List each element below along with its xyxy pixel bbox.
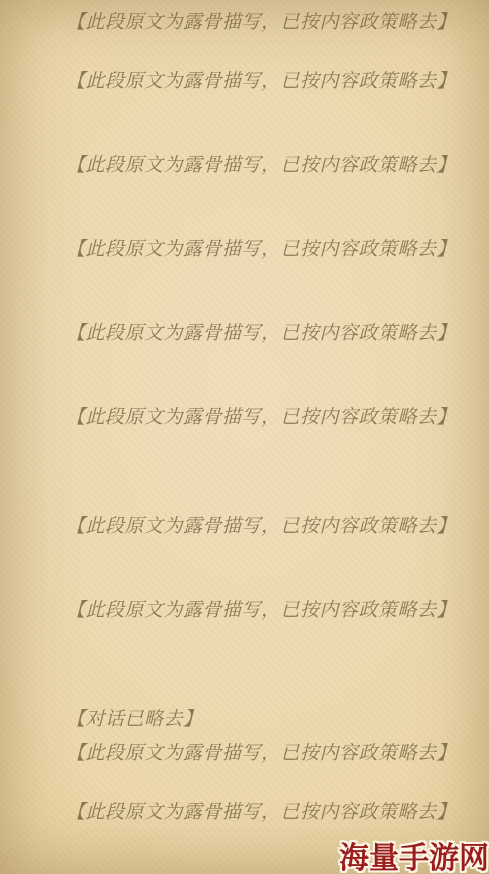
paragraph: 【此段原文为露骨描写，已按内容政策略去】: [28, 237, 461, 312]
paragraph: 【此段原文为露骨描写，已按内容政策略去】: [28, 69, 461, 144]
paragraph: 【此段原文为露骨描写，已按内容政策略去】: [28, 741, 461, 791]
paragraph: 【此段原文为露骨描写，已按内容政策略去】: [28, 153, 461, 228]
paragraph: 【此段原文为露骨描写，已按内容政策略去】: [28, 598, 461, 698]
paragraph: 【此段原文为露骨描写，已按内容政策略去】: [28, 10, 461, 60]
novel-text-column: 【此段原文为露骨描写，已按内容政策略去】 【此段原文为露骨描写，已按内容政策略去…: [28, 10, 461, 874]
paragraph: 【此段原文为露骨描写，已按内容政策略去】: [28, 405, 461, 505]
site-watermark: 海量手游网: [339, 844, 489, 874]
paragraph: 【此段原文为露骨描写，已按内容政策略去】: [28, 514, 461, 589]
paragraph: 【对话已略去】: [28, 707, 461, 732]
reader-page: 【此段原文为露骨描写，已按内容政策略去】 【此段原文为露骨描写，已按内容政策略去…: [0, 0, 489, 874]
paragraph: 【此段原文为露骨描写，已按内容政策略去】: [28, 321, 461, 396]
